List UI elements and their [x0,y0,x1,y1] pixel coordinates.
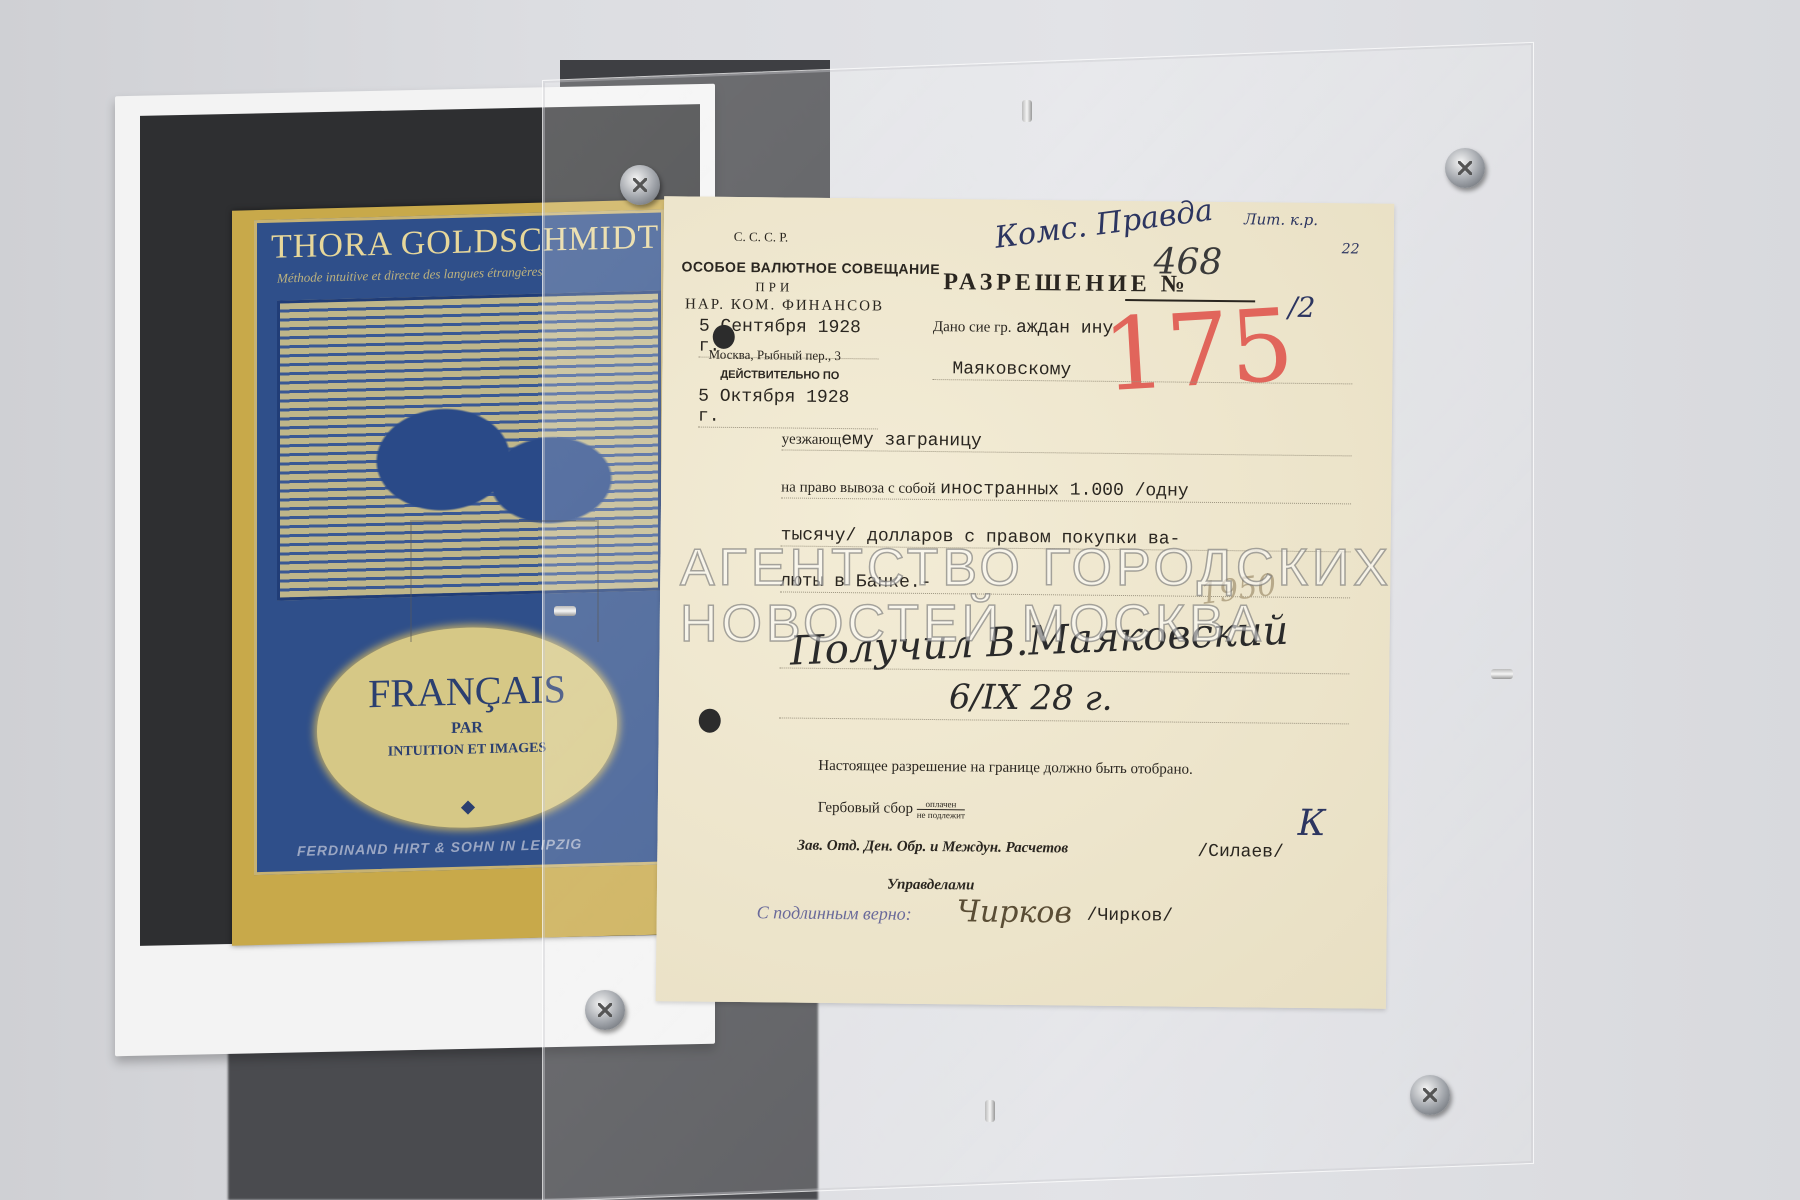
punch-hole [699,709,721,733]
signature-line [779,717,1349,724]
field-value: аждан ину [1016,318,1113,339]
doc-org-line1: ОСОБОЕ ВАЛЮТНОЕ СОВЕЩАНИЕ [681,258,940,277]
stamp-duty: Гербовый сбор оплачен не подлежит [818,798,965,821]
field-name: Маяковскому [932,359,1352,384]
certified-stamp: С подлинным верно: [757,902,912,925]
doc-org-line3: НАР. КОМ. ФИНАНСОВ [685,296,884,315]
clip-icon [1022,100,1032,122]
permit-number: 468 [1153,241,1222,283]
clip-icon [985,1100,995,1122]
field-export-right: на право вывоза с собой иностранных 1.00… [781,477,1351,504]
watermark-line1: АГЕНТСТВО ГОРОДСКИХ [680,540,1392,596]
manager-title: Управделами [887,877,975,895]
screw-icon [1410,1075,1450,1115]
field-departing: уезжающему заграницу [782,429,1352,456]
field-citizen: Дано сие гр. аждан ину [933,317,1353,341]
doc-org-line2: ПРИ [755,279,793,295]
head-of-department-title: Зав. Отд. Ден. Обр. и Междун. Расчетов [797,838,1068,858]
red-pencil-mark: 175 [1099,286,1296,414]
signature-date: 6/IX 28 г. [949,677,1113,719]
manager-signature: Чирков [957,894,1073,930]
handwritten-note-corner: Лит. к.р. [1244,210,1318,229]
screw-icon [585,990,625,1030]
field-label: уезжающ [782,431,842,448]
stamp-duty-paid: оплачен [917,799,965,811]
watermark: АГЕНТСТВО ГОРОДСКИХ НОВОСТЕЙ МОСКВА [680,540,1392,652]
field-label: на право вывоза с собой [781,479,936,497]
manager-name: /Чирков/ [1087,906,1174,927]
doc-valid-label: ДЕЙСТВИТЕЛЬНО ПО [720,369,839,382]
stamp-duty-exempt: не подлежит [917,810,965,821]
handwritten-corner-number: 22 [1342,241,1360,257]
agency-logo-icon [410,520,599,642]
field-label: Дано сие гр. [933,319,1012,336]
doc-address: Москва, Рыбный пер., 3 [708,347,841,364]
watermark-line2: НОВОСТЕЙ МОСКВА [680,596,1392,652]
screw-icon [1445,148,1485,188]
stamp-duty-label: Гербовый сбор [818,800,913,817]
doc-valid-date: 5 Октября 1928 г. [698,387,878,430]
diamond-ornament-icon [461,801,475,815]
doc-country: С. С. С. Р. [734,229,789,246]
screw-icon [620,165,660,205]
initial-mark: К [1297,803,1325,844]
permit-suffix: /2 [1288,291,1316,324]
field-value: иностранных 1.000 /одну [940,479,1189,502]
border-notice: Настоящее разрешение на границе должно б… [818,758,1193,779]
head-of-department-name: /Силаев/ [1197,842,1284,863]
punch-hole [713,325,735,349]
field-value: ему заграницу [841,430,982,451]
clip-icon [1491,669,1513,679]
